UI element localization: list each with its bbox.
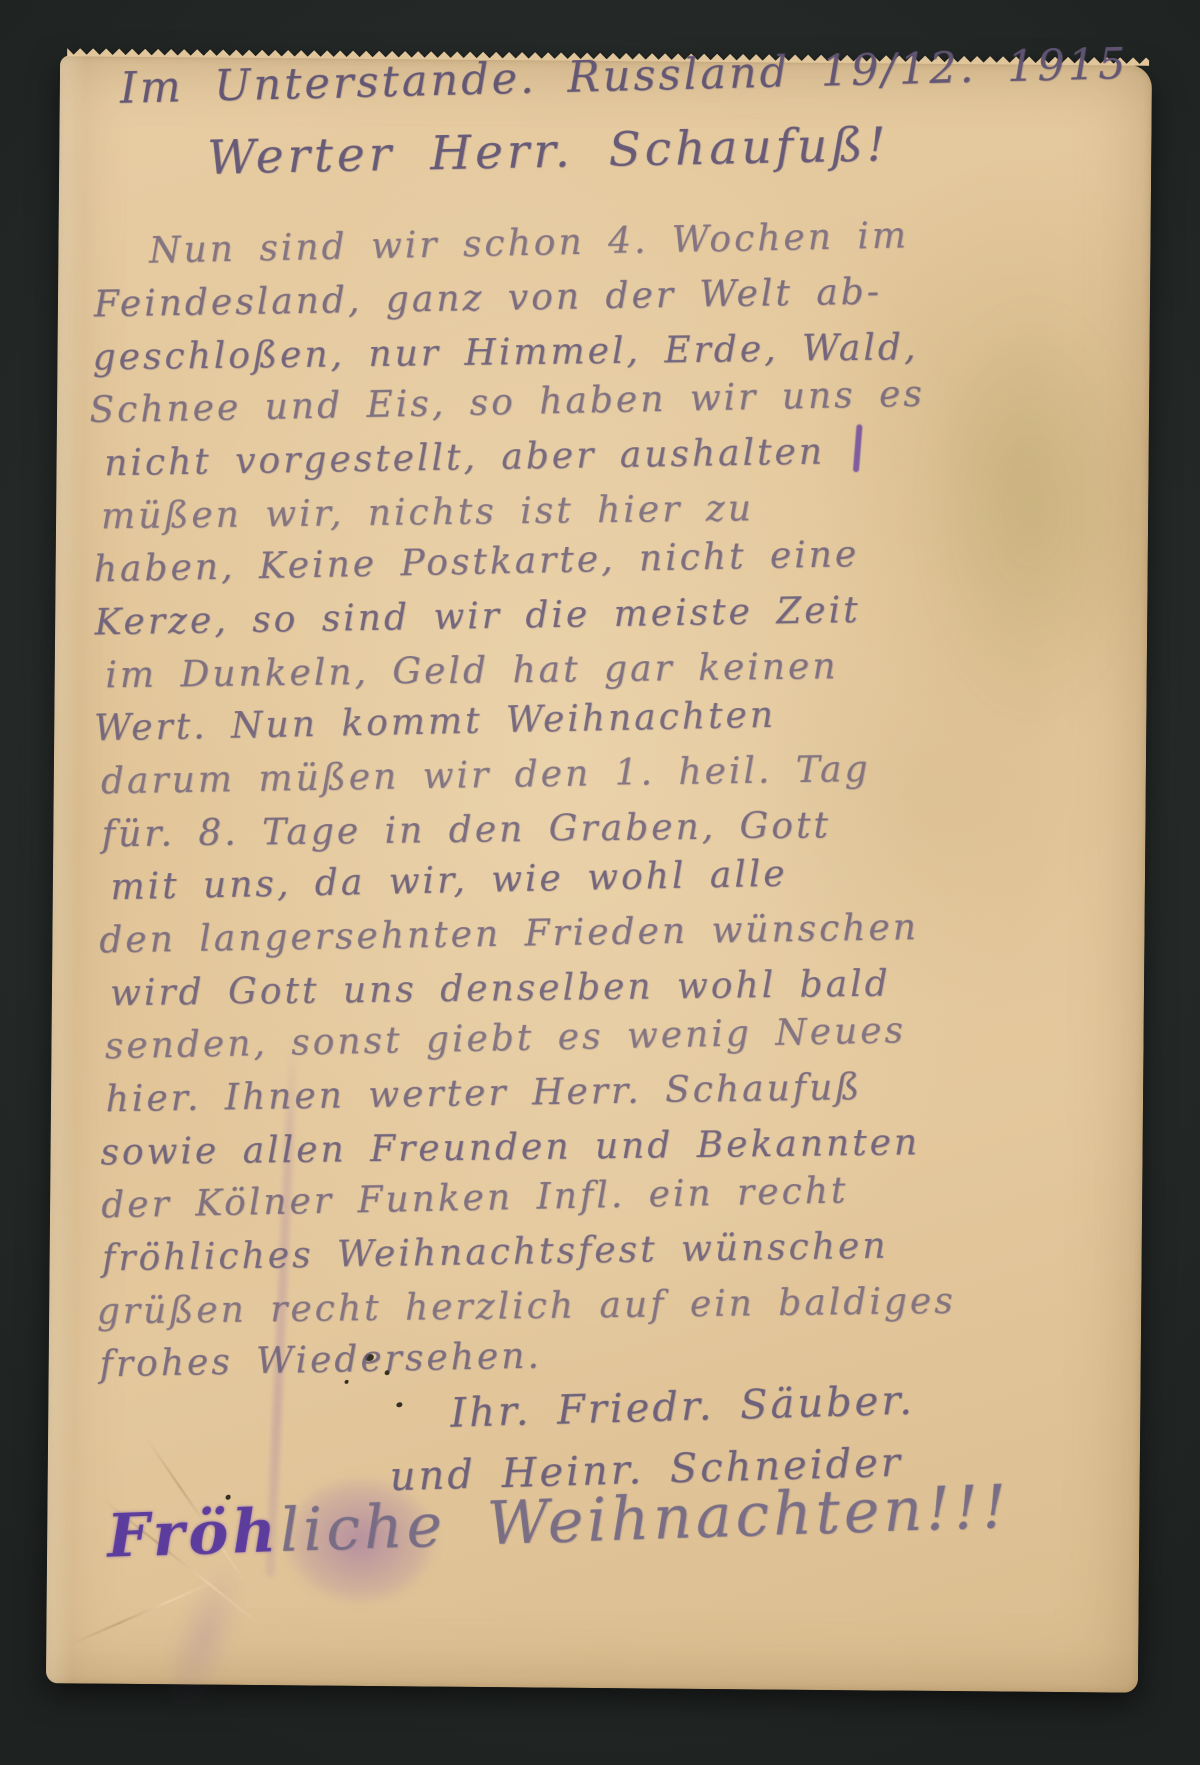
purple-ink-smear xyxy=(148,1551,260,1722)
ink-speck xyxy=(396,1402,402,1407)
greeting-rest: liche Weihnachten!!! xyxy=(279,1472,1011,1566)
greeting-accent: Fröh xyxy=(106,1496,281,1572)
paper-crease xyxy=(71,1579,219,1645)
scan-background: { "postcard": { "dateline": "Im Untersta… xyxy=(0,0,1200,1765)
body-lines: Nun sind wir schon 4. Wochen imFeindesla… xyxy=(87,210,1154,1391)
postcard: Im Unterstande. Russland 19/12. 1915 Wer… xyxy=(46,55,1152,1692)
salutation: Werter Herr. Schaufuß! xyxy=(207,117,890,185)
dateline: Im Unterstande. Russland 19/12. 1915 xyxy=(119,39,1129,114)
christmas-greeting: Fröhliche Weihnachten!!! xyxy=(106,1472,1011,1572)
signature-line-1: Ihr. Friedr. Säuber. xyxy=(450,1378,916,1437)
